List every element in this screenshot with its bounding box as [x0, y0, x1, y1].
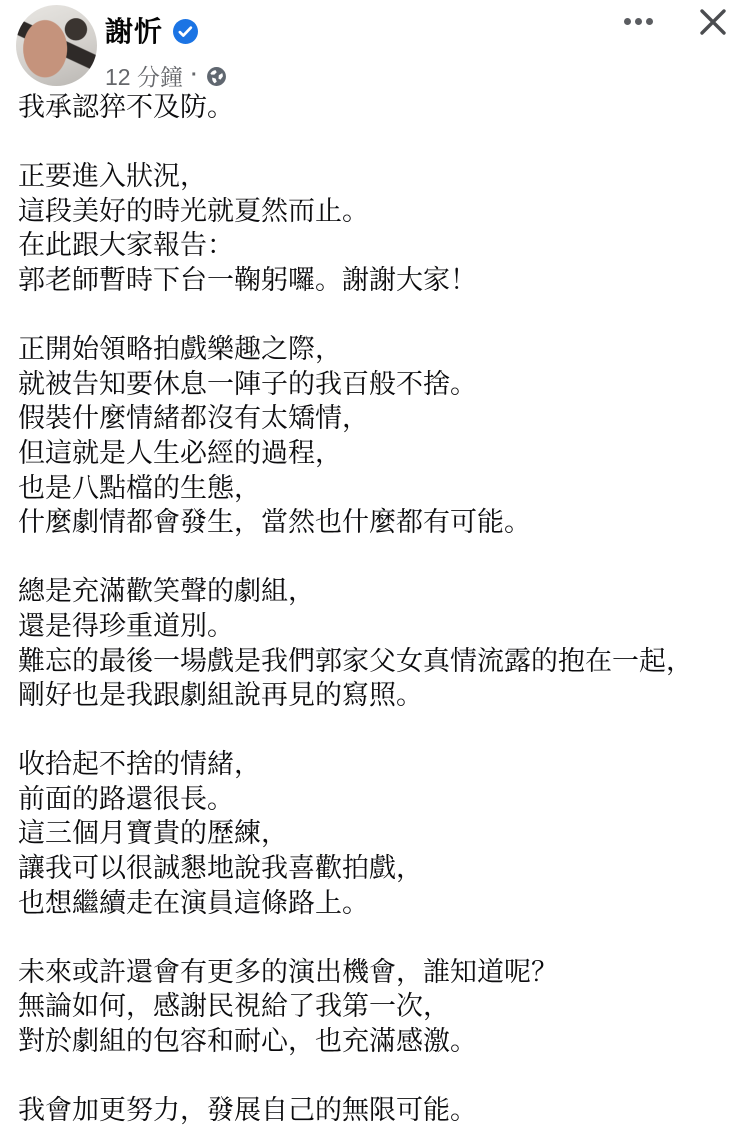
author-name[interactable]: 謝忻	[105, 10, 163, 50]
post-text-line: 前面的路還很長。	[18, 782, 738, 817]
post-text-line: 正開始領略拍戲樂趣之際，	[18, 332, 738, 367]
post-text-line: 但這就是人生必經的過程，	[18, 436, 738, 471]
post-header-text: 謝忻 12 分鐘 ·	[105, 10, 227, 92]
public-globe-icon	[206, 66, 227, 87]
post-text-line: 就被告知要休息一陣子的我百般不捨。	[18, 367, 738, 402]
post-text-line: 也想繼續走在演員這條路上。	[18, 886, 738, 921]
post-paragraph: 未來或許還會有更多的演出機會，誰知道呢？ 無論如何，感謝民視給了我第一次， 對於…	[18, 955, 738, 1059]
post-meta: 12 分鐘 ·	[105, 59, 227, 92]
post-text-line: 讓我可以很誠懇地說我喜歡拍戲，	[18, 851, 738, 886]
post-text-line: 未來或許還會有更多的演出機會，誰知道呢？	[18, 955, 738, 990]
post-text-line: 總是充滿歡笑聲的劇組，	[18, 574, 738, 609]
post-text-line: 對於劇組的包容和耐心，也充滿感激。	[18, 1024, 738, 1059]
post-paragraph: 正要進入狀況， 這段美好的時光就夏然而止。 在此跟大家報告： 郭老師暫時下台一鞠…	[18, 159, 738, 297]
post-text-line: 難忘的最後一場戲是我們郭家父女真情流露的抱在一起，	[18, 644, 738, 679]
post-paragraph: 收拾起不捨的情緒， 前面的路還很長。 這三個月寶貴的歷練， 讓我可以很誠懇地說我…	[18, 747, 738, 920]
post-paragraph: 我承認猝不及防。	[18, 90, 738, 125]
ellipsis-icon	[624, 18, 631, 25]
post-text-line: 剛好也是我跟劇組說再見的寫照。	[18, 678, 738, 713]
post-text-line: 還是得珍重道別。	[18, 609, 738, 644]
post-text-line: 假裝什麼情緒都沒有太矯情，	[18, 401, 738, 436]
post-text-line: 我承認猝不及防。	[18, 90, 738, 125]
post-text-line: 正要進入狀況，	[18, 159, 738, 194]
post-paragraph: 總是充滿歡笑聲的劇組， 還是得珍重道別。 難忘的最後一場戲是我們郭家父女真情流露…	[18, 574, 738, 712]
post-text-line: 在此跟大家報告：	[18, 228, 738, 263]
avatar[interactable]	[16, 5, 97, 86]
post-text-line: 收拾起不捨的情緒，	[18, 747, 738, 782]
post-text: 我承認猝不及防。 正要進入狀況， 這段美好的時光就夏然而止。 在此跟大家報告： …	[18, 90, 738, 1128]
post-text-line: 郭老師暫時下台一鞠躬囉。謝謝大家！	[18, 263, 738, 298]
more-options-button[interactable]	[618, 8, 658, 34]
timestamp[interactable]: 12 分鐘	[105, 59, 183, 92]
close-icon	[697, 6, 729, 38]
post-paragraph: 我會加更努力，發展自己的無限可能。	[18, 1093, 738, 1128]
post-text-line: 無論如何，感謝民視給了我第一次，	[18, 989, 738, 1024]
verified-badge-icon	[173, 19, 198, 44]
author-name-row: 謝忻	[105, 10, 227, 50]
post-text-line: 這段美好的時光就夏然而止。	[18, 194, 738, 229]
meta-separator: ·	[191, 64, 198, 87]
post-view: 謝忻 12 分鐘 ·	[0, 0, 750, 1134]
post-paragraph: 正開始領略拍戲樂趣之際， 就被告知要休息一陣子的我百般不捨。 假裝什麼情緒都沒有…	[18, 332, 738, 540]
post-text-line: 什麼劇情都會發生，當然也什麼都有可能。	[18, 505, 738, 540]
close-button[interactable]	[693, 2, 733, 42]
post-text-line: 也是八點檔的生態，	[18, 471, 738, 506]
post-text-line: 這三個月寶貴的歷練，	[18, 816, 738, 851]
post-text-line: 我會加更努力，發展自己的無限可能。	[18, 1093, 738, 1128]
